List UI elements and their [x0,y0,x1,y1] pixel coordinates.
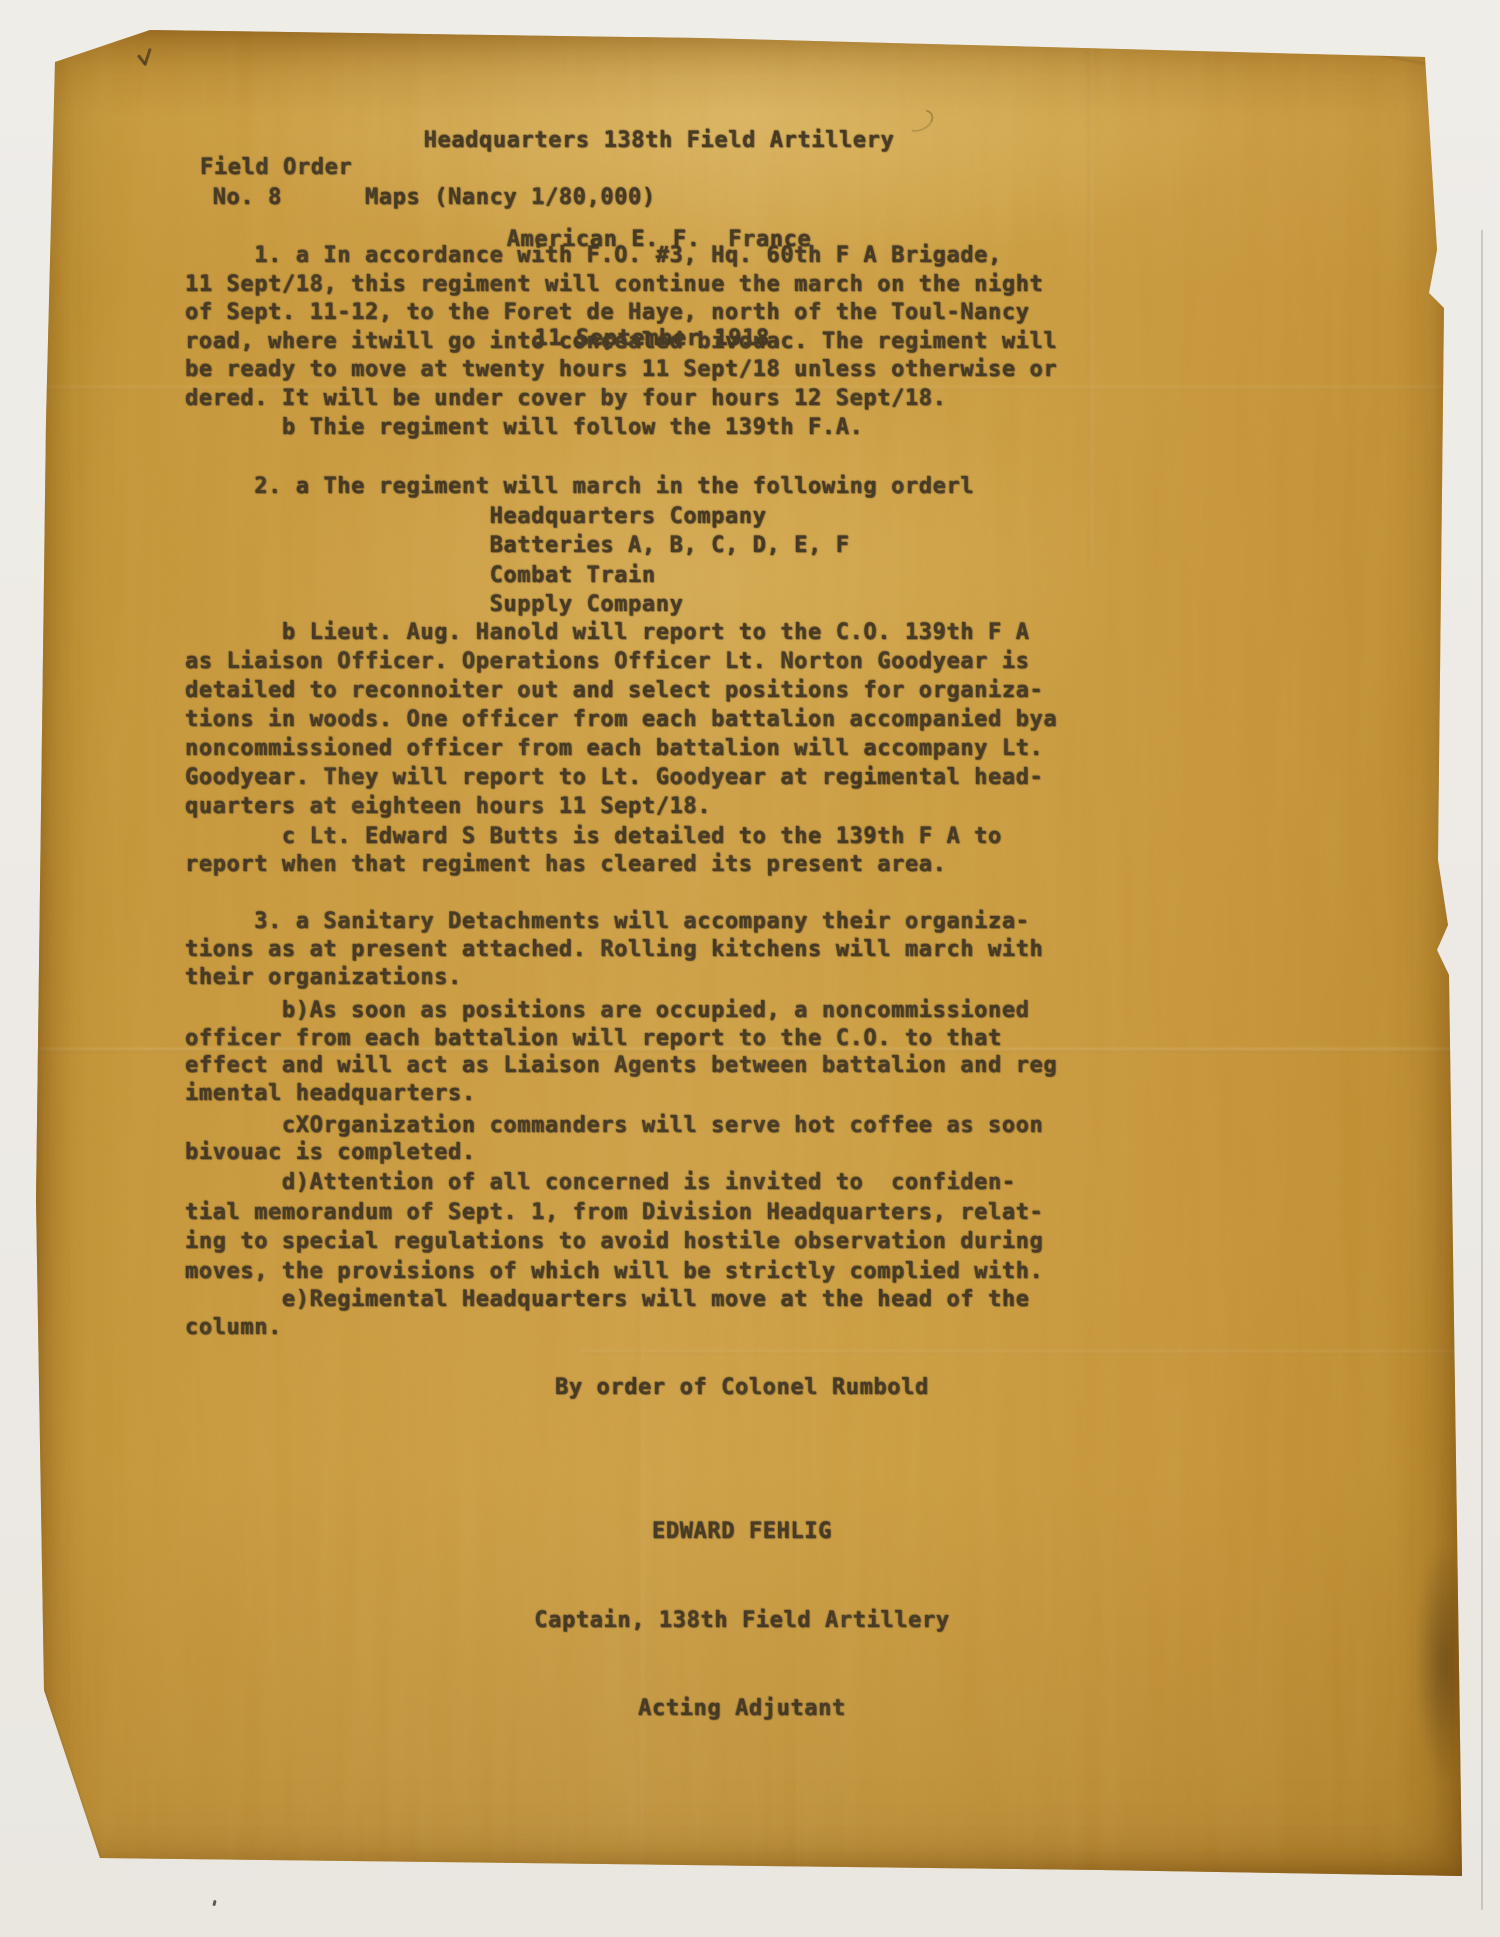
paper-edge-shading [36,28,1464,1880]
document-page: Headquarters 138th Field Artillery Ameri… [36,28,1464,1880]
scan-background: { "colors": { "paper": "#cd9a3a", "ink":… [0,0,1500,1937]
scanner-shadow-line [1481,230,1483,1910]
stray-speck [212,1900,216,1907]
